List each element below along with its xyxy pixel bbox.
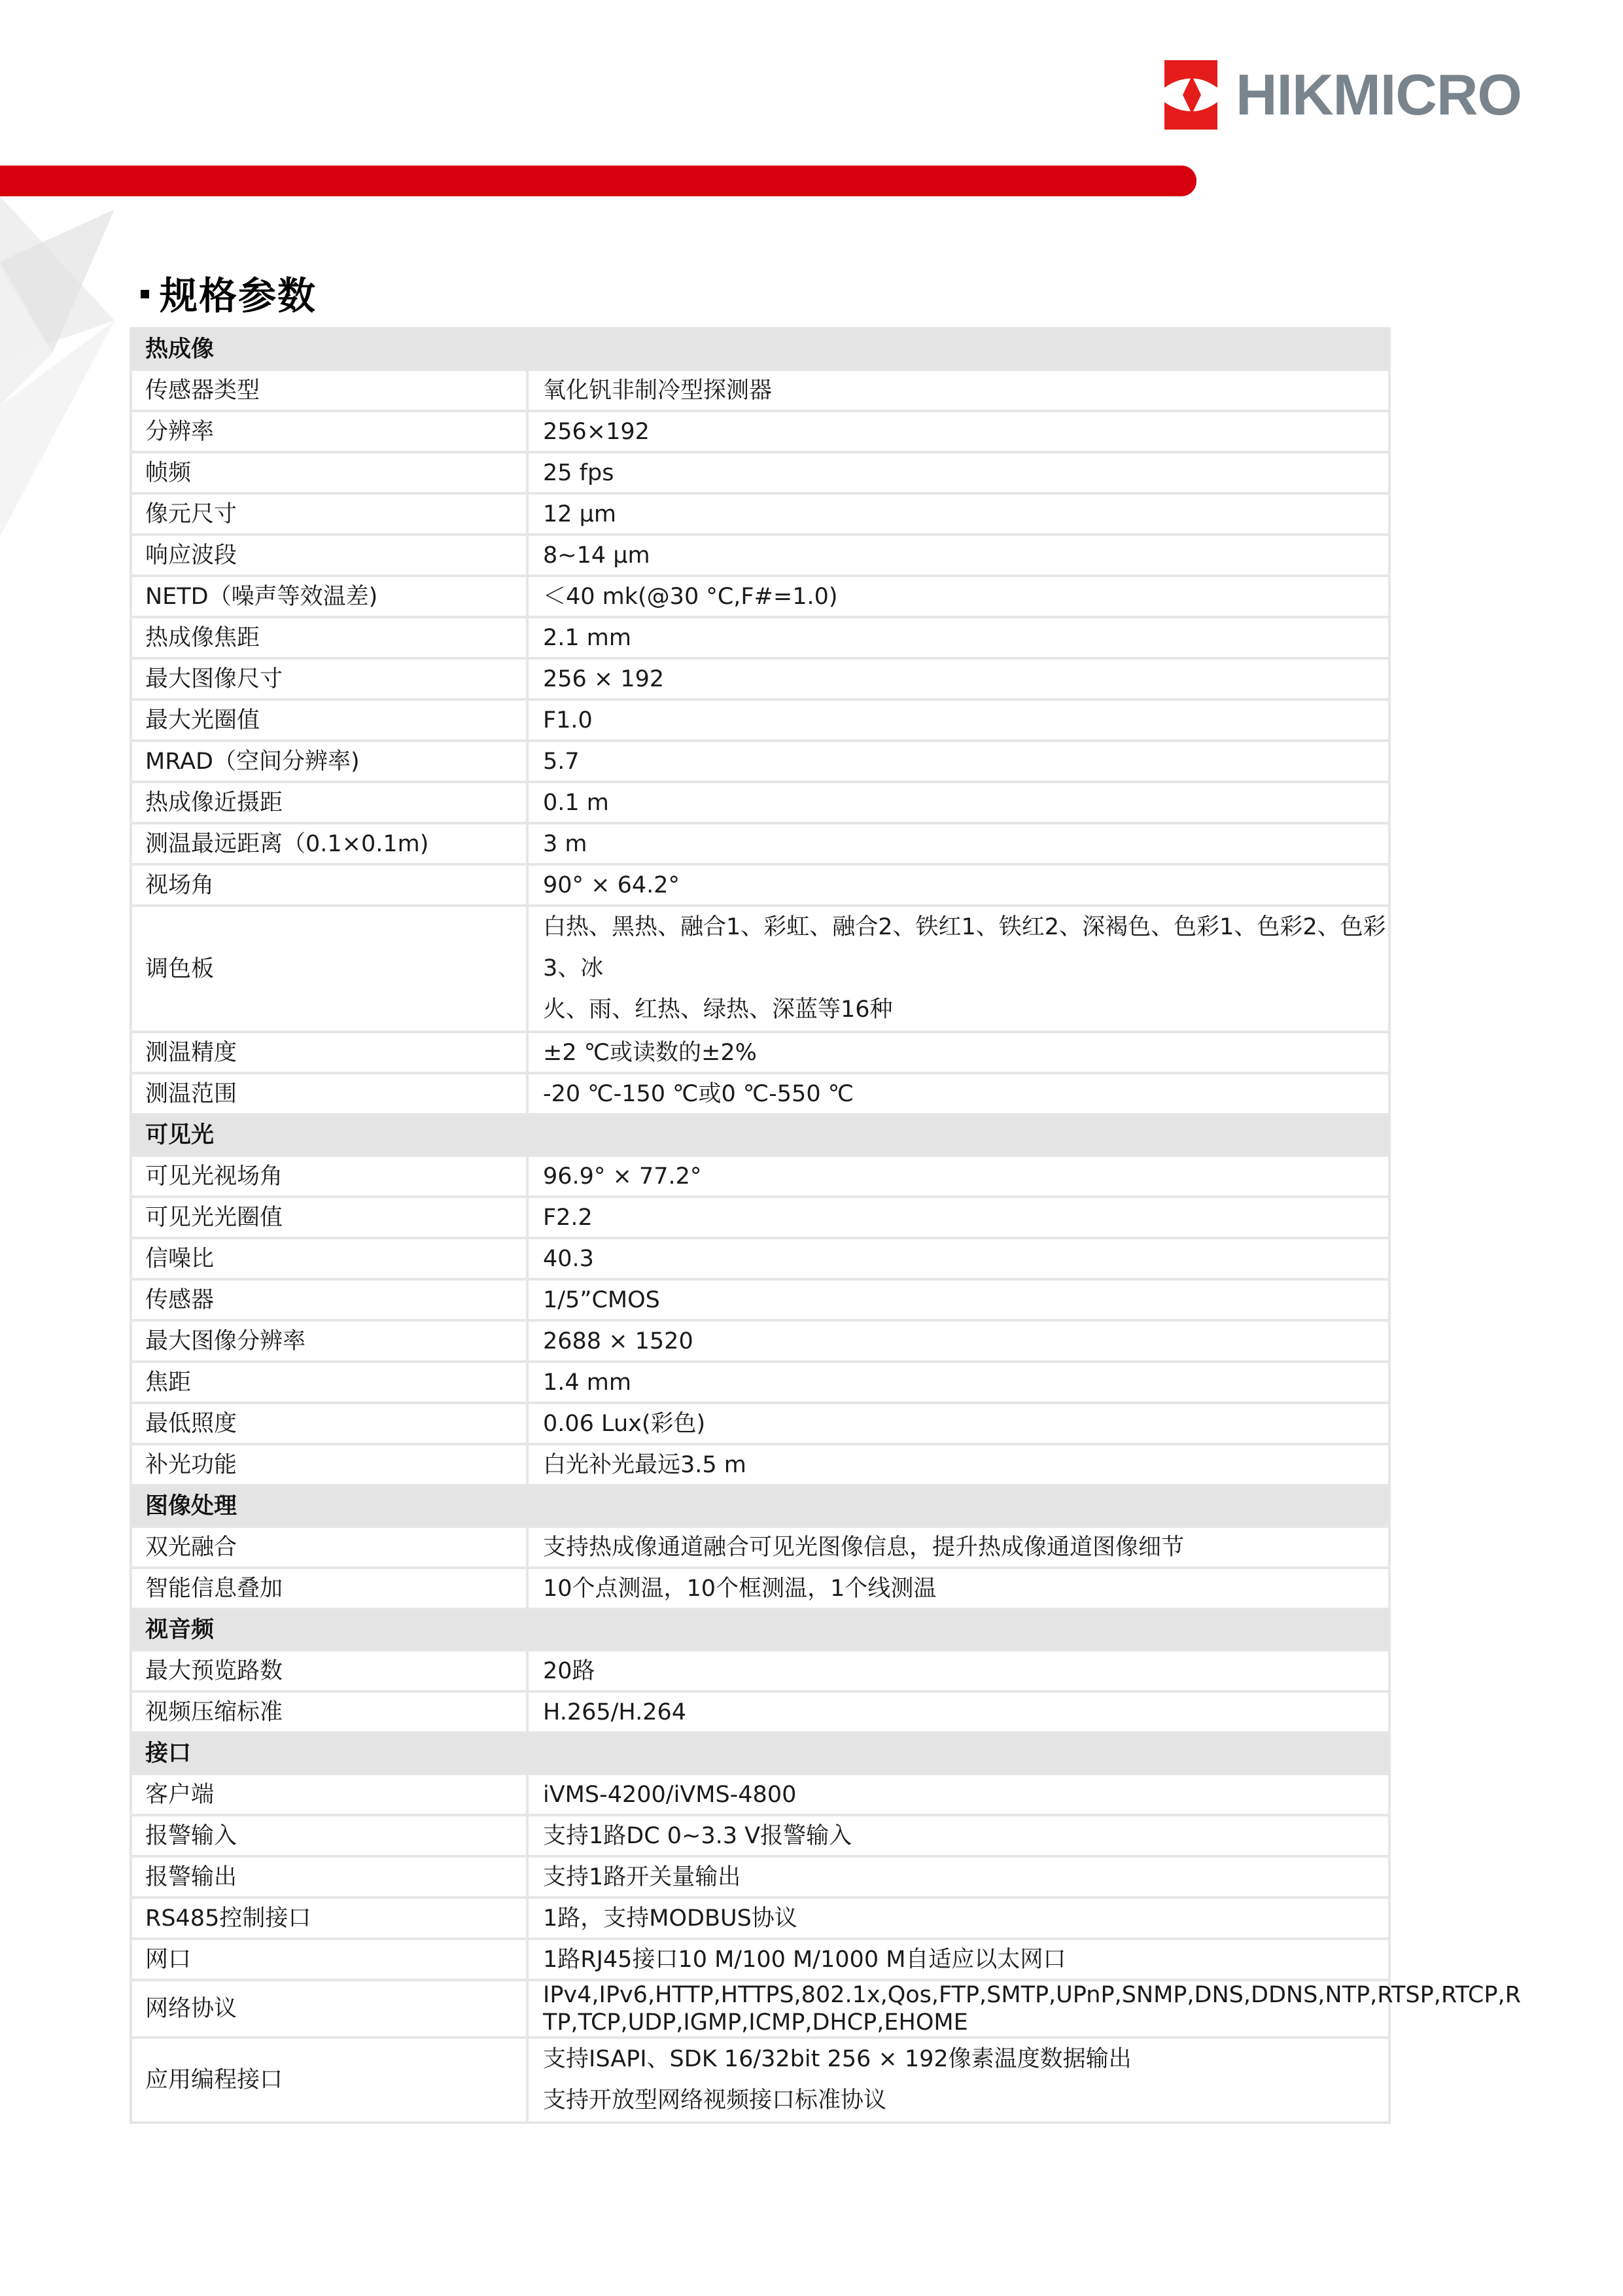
decorative-shards-icon (0, 196, 118, 537)
spec-value: F2.2 (527, 1197, 1389, 1238)
table-row: 网口1路RJ45接口10 M/100 M/1000 M自适应以太网口 (131, 1939, 1389, 1980)
spec-value: ±2 ℃或读数的±2% (527, 1032, 1389, 1073)
spec-value: 3 m (527, 823, 1389, 864)
table-row: 帧频25 fps (131, 452, 1389, 493)
table-row: 热成像焦距2.1 mm (131, 617, 1389, 658)
spec-value: 支持ISAPI、SDK 16/32bit 256 × 192像素温度数据输出支持… (527, 2038, 1389, 2123)
spec-label: RS485控制接口 (131, 1898, 527, 1939)
spec-value: 1路RJ45接口10 M/100 M/1000 M自适应以太网口 (527, 1939, 1389, 1980)
spec-label: 最低照度 (131, 1403, 527, 1444)
brand-name: HIKMICRO (1236, 66, 1522, 124)
group-header-interfaces: 接口 (131, 1733, 1389, 1774)
spec-label: 报警输出 (131, 1856, 527, 1898)
table-row: 网络协议IPv4,IPv6,HTTP,HTTPS,802.1x,Qos,FTP,… (131, 1980, 1389, 2038)
spec-label: 帧频 (131, 452, 527, 493)
table-row: 补光功能白光补光最远3.5 m (131, 1444, 1389, 1485)
header-accent-bar (0, 166, 1196, 196)
spec-label: 测温范围 (131, 1073, 527, 1114)
spec-label: 传感器类型 (131, 370, 527, 411)
table-row: 视场角90° × 64.2° (131, 864, 1389, 906)
table-row: 最大光圈值F1.0 (131, 699, 1389, 741)
spec-value: 支持1路DC 0~3.3 V报警输入 (527, 1815, 1389, 1856)
table-row: 双光融合支持热成像通道融合可见光图像信息，提升热成像通道图像细节 (131, 1527, 1389, 1568)
table-row: 可见光光圈值F2.2 (131, 1197, 1389, 1238)
table-row: 测温最远距离（0.1×0.1m)3 m (131, 823, 1389, 864)
table-row: 调色板白热、黑热、融合1、彩虹、融合2、铁红1、铁红2、深褐色、色彩1、色彩2、… (131, 906, 1389, 1032)
spec-value: 96.9° × 77.2° (527, 1156, 1389, 1197)
table-row: 客户端iVMS-4200/iVMS-4800 (131, 1774, 1389, 1815)
spec-label: 报警输入 (131, 1815, 527, 1856)
square-bullet-icon (141, 290, 149, 298)
table-row: 响应波段8~14 μm (131, 535, 1389, 576)
group-header-audio-video: 视音频 (131, 1609, 1389, 1650)
spec-value: IPv4,IPv6,HTTP,HTTPS,802.1x,Qos,FTP,SMTP… (527, 1980, 1389, 2038)
spec-value: 40.3 (527, 1238, 1389, 1279)
hikmicro-logo: HIKMICRO (1164, 59, 1522, 131)
table-row: RS485控制接口1路，支持MODBUS协议 (131, 1898, 1389, 1939)
table-row: 分辨率256×192 (131, 411, 1389, 452)
table-row: 智能信息叠加10个点测温，10个框测温，1个线测温 (131, 1568, 1389, 1609)
spec-value: -20 ℃-150 ℃或0 ℃-550 ℃ (527, 1073, 1389, 1114)
spec-label: 最大预览路数 (131, 1650, 527, 1691)
spec-value: iVMS-4200/iVMS-4800 (527, 1774, 1389, 1815)
spec-label: 可见光视场角 (131, 1156, 527, 1197)
table-row: 像元尺寸12 μm (131, 493, 1389, 535)
spec-value: 1.4 mm (527, 1362, 1389, 1403)
spec-label: 最大光圈值 (131, 699, 527, 741)
spec-value: 25 fps (527, 452, 1389, 493)
spec-value: 8~14 μm (527, 535, 1389, 576)
table-row: 报警输入支持1路DC 0~3.3 V报警输入 (131, 1815, 1389, 1856)
spec-label: NETD（噪声等效温差) (131, 576, 527, 617)
table-row: NETD（噪声等效温差)＜40 mk(@30 °C,F#=1.0) (131, 576, 1389, 617)
spec-value: 12 μm (527, 493, 1389, 535)
spec-value: 0.1 m (527, 782, 1389, 823)
table-row: 报警输出支持1路开关量输出 (131, 1856, 1389, 1898)
spec-label: 视场角 (131, 864, 527, 906)
spec-label: 热成像焦距 (131, 617, 527, 658)
table-row: 可见光视场角96.9° × 77.2° (131, 1156, 1389, 1197)
group-header-thermal: 热成像 (131, 328, 1389, 370)
spec-value: 1路，支持MODBUS协议 (527, 1898, 1389, 1939)
table-row: 信噪比40.3 (131, 1238, 1389, 1279)
table-row: 最大预览路数20路 (131, 1650, 1389, 1691)
spec-label: 热成像近摄距 (131, 782, 527, 823)
spec-value: 256×192 (527, 411, 1389, 452)
spec-label: 最大图像分辨率 (131, 1320, 527, 1362)
table-row: 传感器类型氧化钒非制冷型探测器 (131, 370, 1389, 411)
spec-value: ＜40 mk(@30 °C,F#=1.0) (527, 576, 1389, 617)
spec-value: 2.1 mm (527, 617, 1389, 658)
spec-label: 视频压缩标准 (131, 1691, 527, 1733)
table-row: 最大图像尺寸256 × 192 (131, 658, 1389, 699)
table-row: 热成像近摄距0.1 m (131, 782, 1389, 823)
spec-label: 传感器 (131, 1279, 527, 1320)
table-row: 焦距1.4 mm (131, 1362, 1389, 1403)
table-row: 应用编程接口支持ISAPI、SDK 16/32bit 256 × 192像素温度… (131, 2038, 1389, 2123)
spec-label: 双光融合 (131, 1527, 527, 1568)
spec-table: 热成像 传感器类型氧化钒非制冷型探测器 分辨率256×192 帧频25 fps … (130, 327, 1391, 2124)
spec-value: F1.0 (527, 699, 1389, 741)
spec-label: 网络协议 (131, 1980, 527, 2038)
spec-label: 响应波段 (131, 535, 527, 576)
table-row: 测温精度±2 ℃或读数的±2% (131, 1032, 1389, 1073)
spec-label: 应用编程接口 (131, 2038, 527, 2123)
spec-value: 256 × 192 (527, 658, 1389, 699)
spec-label: 信噪比 (131, 1238, 527, 1279)
page-title: 规格参数 (160, 265, 317, 320)
spec-label: 可见光光圈值 (131, 1197, 527, 1238)
spec-label: 焦距 (131, 1362, 527, 1403)
spec-label: 测温最远距离（0.1×0.1m) (131, 823, 527, 864)
spec-value: 白光补光最远3.5 m (527, 1444, 1389, 1485)
group-header-image-processing: 图像处理 (131, 1485, 1389, 1527)
spec-value: 支持1路开关量输出 (527, 1856, 1389, 1898)
spec-value: 白热、黑热、融合1、彩虹、融合2、铁红1、铁红2、深褐色、色彩1、色彩2、色彩3… (527, 906, 1389, 1032)
spec-label: 客户端 (131, 1774, 527, 1815)
table-row: 最大图像分辨率2688 × 1520 (131, 1320, 1389, 1362)
table-row: 视频压缩标准H.265/H.264 (131, 1691, 1389, 1733)
spec-value: 10个点测温，10个框测温，1个线测温 (527, 1568, 1389, 1609)
spec-value: 支持热成像通道融合可见光图像信息，提升热成像通道图像细节 (527, 1527, 1389, 1568)
spec-value: 5.7 (527, 741, 1389, 782)
group-header-visible: 可见光 (131, 1114, 1389, 1156)
spec-value: 2688 × 1520 (527, 1320, 1389, 1362)
spec-value: 0.06 Lux(彩色) (527, 1403, 1389, 1444)
spec-label: 分辨率 (131, 411, 527, 452)
spec-label: 网口 (131, 1939, 527, 1980)
spec-label: 最大图像尺寸 (131, 658, 527, 699)
table-row: 传感器1/5”CMOS (131, 1279, 1389, 1320)
spec-value: 20路 (527, 1650, 1389, 1691)
eye-diamond-logo-icon (1164, 60, 1217, 130)
spec-value: 90° × 64.2° (527, 864, 1389, 906)
spec-label: 像元尺寸 (131, 493, 527, 535)
table-row: MRAD（空间分辨率)5.7 (131, 741, 1389, 782)
spec-label: 测温精度 (131, 1032, 527, 1073)
spec-value: 1/5”CMOS (527, 1279, 1389, 1320)
section-heading: 规格参数 (141, 265, 317, 320)
spec-label: 补光功能 (131, 1444, 527, 1485)
spec-label: 智能信息叠加 (131, 1568, 527, 1609)
spec-value: H.265/H.264 (527, 1691, 1389, 1733)
spec-label: MRAD（空间分辨率) (131, 741, 527, 782)
table-row: 测温范围-20 ℃-150 ℃或0 ℃-550 ℃ (131, 1073, 1389, 1114)
spec-label: 调色板 (131, 906, 527, 1032)
table-row: 最低照度0.06 Lux(彩色) (131, 1403, 1389, 1444)
spec-value: 氧化钒非制冷型探测器 (527, 370, 1389, 411)
